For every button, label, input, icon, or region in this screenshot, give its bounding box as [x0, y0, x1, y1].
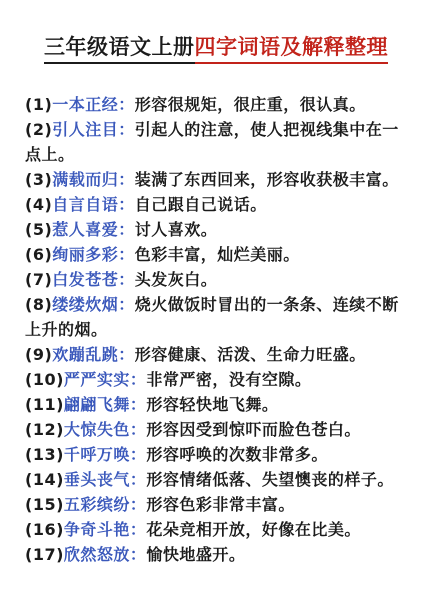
entry-colon: ： [118, 270, 135, 289]
entry-colon: ： [130, 470, 147, 489]
entry-idiom: 绚丽多彩 [52, 245, 118, 264]
idiom-entry: (2)引人注目：引起人的注意，使人把视线集中在一点上。 [25, 117, 410, 167]
entry-idiom: 严严实实 [64, 370, 130, 389]
idiom-entry: (4)自言自语：自己跟自己说话。 [25, 192, 410, 217]
entry-explanation: 形容呼唤的次数非常多。 [146, 445, 328, 464]
entry-explanation: 形容健康、活泼、生命力旺盛。 [135, 345, 366, 364]
entry-explanation: 头发灰白。 [135, 270, 218, 289]
entry-explanation: 形容轻快地飞舞。 [146, 395, 278, 414]
idiom-list: (1)一本正经：形容很规矩，很庄重，很认真。 (2)引人注目：引起人的注意，使人… [0, 92, 432, 567]
entry-colon: ： [130, 520, 147, 539]
idiom-entry: (13)千呼万唤：形容呼唤的次数非常多。 [25, 442, 410, 467]
entry-number: (17) [25, 545, 64, 564]
entry-number: (3) [25, 170, 52, 189]
entry-colon: ： [130, 420, 147, 439]
entry-colon: ： [130, 370, 147, 389]
entry-idiom: 大惊失色 [64, 420, 130, 439]
entry-explanation: 形容情绪低落、失望懊丧的样子。 [146, 470, 394, 489]
entry-explanation: 装满了东西回来，形容收获极丰富。 [135, 170, 399, 189]
entry-number: (15) [25, 495, 64, 514]
entry-idiom: 欣然怒放 [64, 545, 130, 564]
entry-idiom: 自言自语 [52, 195, 118, 214]
entry-colon: ： [130, 495, 147, 514]
entry-number: (1) [25, 95, 52, 114]
entry-explanation: 形容很规矩，很庄重，很认真。 [135, 95, 366, 114]
entry-number: (6) [25, 245, 52, 264]
entry-number: (13) [25, 445, 64, 464]
entry-idiom: 垂头丧气 [64, 470, 130, 489]
entry-number: (5) [25, 220, 52, 239]
idiom-entry: (17)欣然怒放：愉快地盛开。 [25, 542, 410, 567]
entry-idiom: 争奇斗艳 [64, 520, 130, 539]
entry-number: (12) [25, 420, 64, 439]
idiom-entry: (11)翩翩飞舞：形容轻快地飞舞。 [25, 392, 410, 417]
entry-number: (16) [25, 520, 64, 539]
title-topic-part: 四字词语及解释整理 [195, 35, 389, 64]
entry-colon: ： [130, 395, 147, 414]
entry-number: (9) [25, 345, 52, 364]
entry-colon: ： [130, 545, 147, 564]
entry-idiom: 白发苍苍 [52, 270, 118, 289]
idiom-entry: (8)缕缕炊烟：烧火做饭时冒出的一条条、连续不断上升的烟。 [25, 292, 410, 342]
entry-idiom: 满载而归 [52, 170, 118, 189]
idiom-entry: (9)欢蹦乱跳：形容健康、活泼、生命力旺盛。 [25, 342, 410, 367]
entry-idiom: 惹人喜爱 [52, 220, 118, 239]
entry-explanation: 愉快地盛开。 [146, 545, 245, 564]
entry-colon: ： [118, 220, 135, 239]
entry-colon: ： [118, 95, 135, 114]
entry-idiom: 缕缕炊烟 [52, 295, 118, 314]
entry-number: (4) [25, 195, 52, 214]
idiom-entry: (5)惹人喜爱：讨人喜欢。 [25, 217, 410, 242]
idiom-entry: (12)大惊失色：形容因受到惊吓而脸色苍白。 [25, 417, 410, 442]
entry-idiom: 一本正经 [52, 95, 118, 114]
idiom-entry: (16)争奇斗艳：花朵竞相开放，好像在比美。 [25, 517, 410, 542]
title-grade-part: 三年级语文上册 [44, 35, 195, 64]
entry-number: (10) [25, 370, 64, 389]
entry-colon: ： [118, 345, 135, 364]
entry-colon: ： [118, 295, 135, 314]
entry-colon: ： [118, 170, 135, 189]
page-title: 三年级语文上册四字词语及解释整理 [0, 34, 432, 60]
entry-number: (8) [25, 295, 52, 314]
entry-colon: ： [118, 120, 135, 139]
entry-number: (14) [25, 470, 64, 489]
entry-idiom: 千呼万唤 [64, 445, 130, 464]
entry-number: (11) [25, 395, 64, 414]
worksheet-page: 三年级语文上册四字词语及解释整理 (1)一本正经：形容很规矩，很庄重，很认真。 … [0, 0, 432, 600]
entry-number: (2) [25, 120, 52, 139]
entry-explanation: 形容色彩非常丰富。 [146, 495, 295, 514]
entry-colon: ： [118, 245, 135, 264]
entry-colon: ： [118, 195, 135, 214]
idiom-entry: (15)五彩缤纷：形容色彩非常丰富。 [25, 492, 410, 517]
idiom-entry: (6)绚丽多彩：色彩丰富，灿烂美丽。 [25, 242, 410, 267]
entry-explanation: 讨人喜欢。 [135, 220, 218, 239]
entry-explanation: 非常严密，没有空隙。 [146, 370, 311, 389]
entry-explanation: 自己跟自己说话。 [135, 195, 267, 214]
entry-number: (7) [25, 270, 52, 289]
idiom-entry: (3)满载而归：装满了东西回来，形容收获极丰富。 [25, 167, 410, 192]
entry-idiom: 五彩缤纷 [64, 495, 130, 514]
entry-explanation: 形容因受到惊吓而脸色苍白。 [146, 420, 361, 439]
idiom-entry: (1)一本正经：形容很规矩，很庄重，很认真。 [25, 92, 410, 117]
idiom-entry: (7)白发苍苍：头发灰白。 [25, 267, 410, 292]
idiom-entry: (10)严严实实：非常严密，没有空隙。 [25, 367, 410, 392]
idiom-entry: (14)垂头丧气：形容情绪低落、失望懊丧的样子。 [25, 467, 410, 492]
entry-explanation: 色彩丰富，灿烂美丽。 [135, 245, 300, 264]
entry-colon: ： [130, 445, 147, 464]
entry-idiom: 翩翩飞舞 [64, 395, 130, 414]
entry-idiom: 欢蹦乱跳 [52, 345, 118, 364]
entry-idiom: 引人注目 [52, 120, 118, 139]
entry-explanation: 花朵竞相开放，好像在比美。 [146, 520, 361, 539]
